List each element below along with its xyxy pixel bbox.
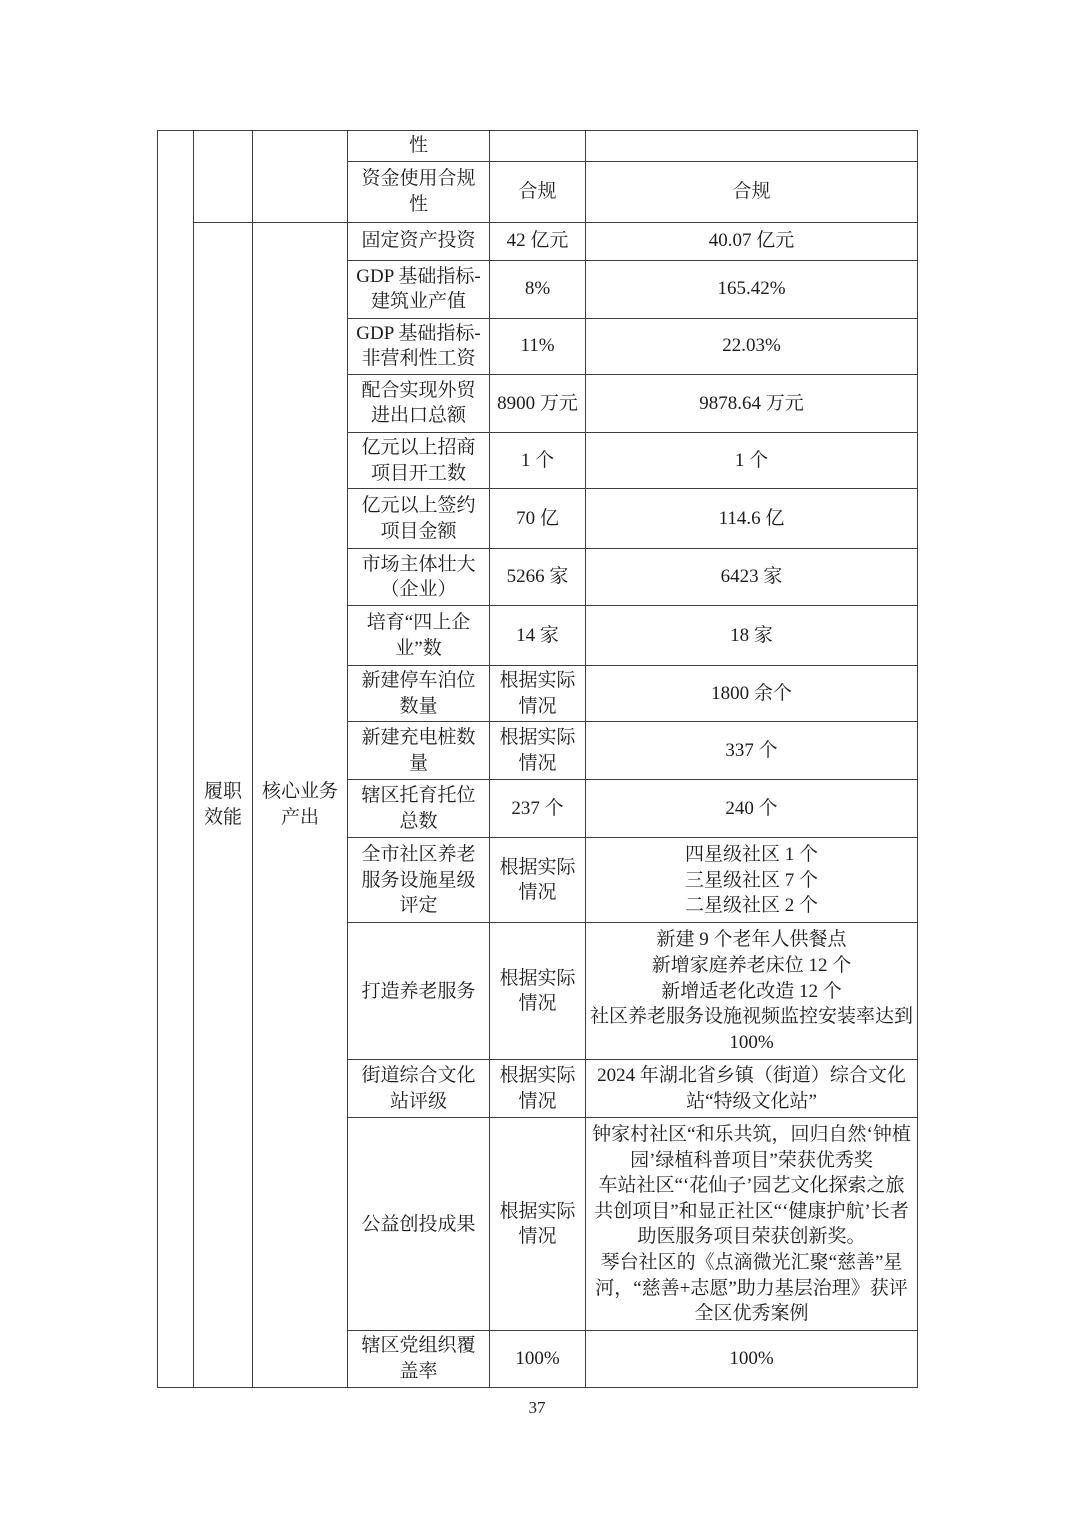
target-cell: 根据实际情况 xyxy=(490,838,586,923)
indicator-cell: 辖区党组织覆盖率 xyxy=(348,1331,490,1387)
performance-indicator-table: 性 资金使用合规性 合规 合规 履职效能 核心业务产出 固定资产投资 42 亿元… xyxy=(157,130,918,1388)
indicator-cell: 配合实现外贸进出口总额 xyxy=(348,374,490,432)
target-cell: 1 个 xyxy=(490,432,586,488)
indicator-cell: 性 xyxy=(348,131,490,162)
actual-cell: 165.42% xyxy=(586,260,918,318)
actual-cell: 240 个 xyxy=(586,780,918,838)
actual-cell: 2024 年湖北省乡镇（街道）综合文化站“特级文化站” xyxy=(586,1060,918,1118)
outer-span-cell xyxy=(158,131,194,1388)
target-cell: 237 个 xyxy=(490,780,586,838)
prev-section-cell-2 xyxy=(253,131,348,223)
page-number: 37 xyxy=(0,1398,1074,1418)
target-cell: 11% xyxy=(490,318,586,374)
actual-cell: 四星级社区 1 个三星级社区 7 个二星级社区 2 个 xyxy=(586,838,918,923)
table-row: 履职效能 核心业务产出 固定资产投资 42 亿元 40.07 亿元 xyxy=(158,222,918,260)
document-page: 性 资金使用合规性 合规 合规 履职效能 核心业务产出 固定资产投资 42 亿元… xyxy=(0,0,1074,1520)
actual-cell: 新建 9 个老年人供餐点 新增家庭养老床位 12 个 新增适老化改造 12 个 … xyxy=(586,923,918,1060)
indicator-cell: 亿元以上签约项目金额 xyxy=(348,489,490,549)
actual-cell: 1800 余个 xyxy=(586,666,918,722)
target-cell: 根据实际情况 xyxy=(490,722,586,780)
actual-cell: 9878.64 万元 xyxy=(586,374,918,432)
indicator-cell: GDP 基础指标-非营利性工资 xyxy=(348,318,490,374)
target-cell: 根据实际情况 xyxy=(490,923,586,1060)
indicator-cell: GDP 基础指标-建筑业产值 xyxy=(348,260,490,318)
target-cell: 根据实际情况 xyxy=(490,1118,586,1331)
actual-cell: 337 个 xyxy=(586,722,918,780)
actual-cell: 22.03% xyxy=(586,318,918,374)
target-cell: 14 家 xyxy=(490,606,586,666)
target-cell: 合规 xyxy=(490,161,586,222)
indicator-cell: 街道综合文化站评级 xyxy=(348,1060,490,1118)
section-header-cell: 履职效能 xyxy=(194,222,253,1387)
target-cell: 8900 万元 xyxy=(490,374,586,432)
indicator-cell: 培育“四上企业”数 xyxy=(348,606,490,666)
target-cell: 70 亿 xyxy=(490,489,586,549)
target-cell: 根据实际情况 xyxy=(490,1060,586,1118)
indicator-cell: 资金使用合规性 xyxy=(348,161,490,222)
target-cell: 42 亿元 xyxy=(490,222,586,260)
target-cell xyxy=(490,131,586,162)
indicator-cell: 全市社区养老服务设施星级评定 xyxy=(348,838,490,923)
target-cell: 5266 家 xyxy=(490,549,586,606)
indicator-cell: 公益创投成果 xyxy=(348,1118,490,1331)
indicator-cell: 新建充电桩数量 xyxy=(348,722,490,780)
actual-cell xyxy=(586,131,918,162)
indicator-cell: 新建停车泊位数量 xyxy=(348,666,490,722)
actual-cell: 114.6 亿 xyxy=(586,489,918,549)
indicator-cell: 固定资产投资 xyxy=(348,222,490,260)
indicator-cell: 打造养老服务 xyxy=(348,923,490,1060)
actual-cell: 40.07 亿元 xyxy=(586,222,918,260)
indicator-cell: 辖区托育托位总数 xyxy=(348,780,490,838)
target-cell: 100% xyxy=(490,1331,586,1387)
subsection-header-cell: 核心业务产出 xyxy=(253,222,348,1387)
actual-cell: 18 家 xyxy=(586,606,918,666)
prev-section-cell-1 xyxy=(194,131,253,223)
target-cell: 8% xyxy=(490,260,586,318)
actual-cell: 合规 xyxy=(586,161,918,222)
actual-cell: 100% xyxy=(586,1331,918,1387)
actual-cell: 1 个 xyxy=(586,432,918,488)
indicator-cell: 亿元以上招商项目开工数 xyxy=(348,432,490,488)
indicator-cell: 市场主体壮大（企业） xyxy=(348,549,490,606)
target-cell: 根据实际情况 xyxy=(490,666,586,722)
table-row: 性 xyxy=(158,131,918,162)
actual-cell: 钟家村社区“和乐共筑，回归自然‘钟植园’绿植科普项目”荣获优秀奖 车站社区“‘花… xyxy=(586,1118,918,1331)
actual-cell: 6423 家 xyxy=(586,549,918,606)
